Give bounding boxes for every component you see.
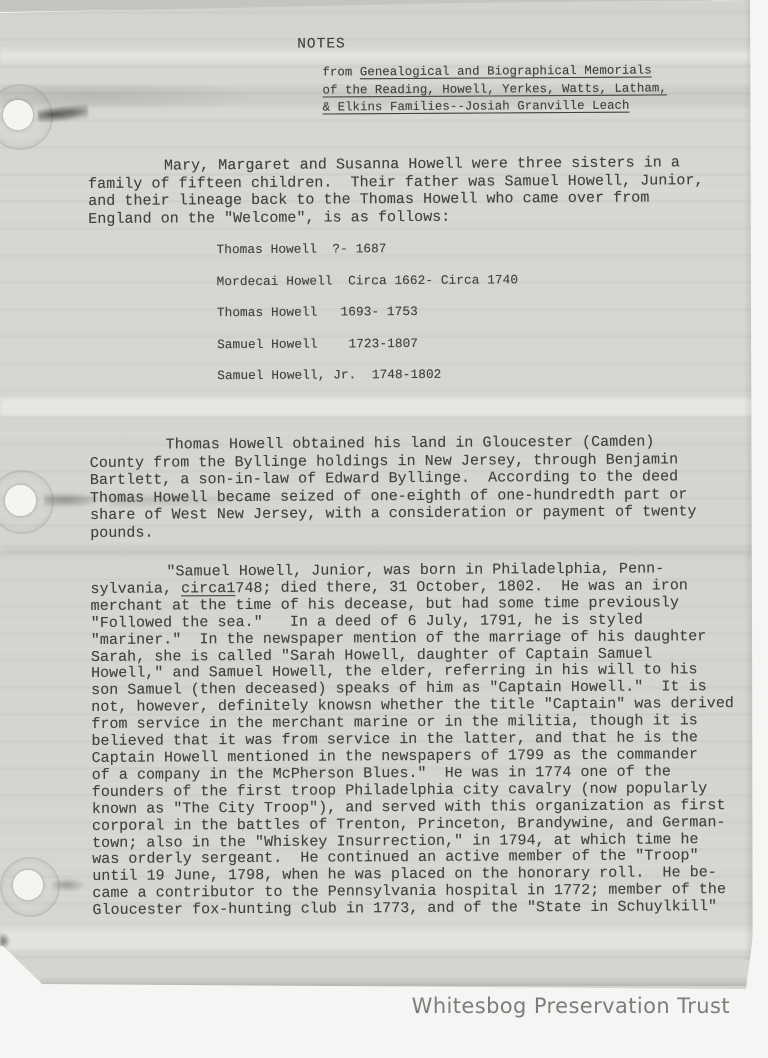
ink-smudge [44,492,104,508]
typewritten-line: share of West New Jersey, with a conside… [90,503,697,524]
ink-smudge [52,878,86,892]
typewritten-line: pounds. [90,521,697,542]
citation-prefix: from [322,65,360,79]
hole-punch [3,100,33,130]
typewritten-line: Thomas Howell 1693- 1753 [217,303,519,320]
typewritten-line: Thomas Howell ?- 1687 [216,240,518,257]
typewritten-line: Mordecai Howell Circa 1662- Circa 1740 [217,272,519,289]
biography-paragraph: "Samuel Howell, Junior, was born in Phil… [90,561,735,920]
scan-viewer: NOTES from Genealogical and Biographical… [0,0,768,1058]
source-citation: from Genealogical and Biographical Memor… [322,62,667,117]
citation-line: from Genealogical and Biographical Memor… [322,62,666,82]
biography-line-segment: sylvania, [90,580,181,598]
hole-punch [13,870,43,900]
biography-line-underlined-segment: circa1 [181,580,235,597]
citation-line: & Elkins Families--Josiah Granville Leac… [323,98,667,118]
lineage-list: Thomas Howell ?- 1687Mordecai Howell Cir… [216,240,518,399]
typewritten-line: England on the "Welcome", is as follows: [88,207,704,228]
hole-punch [5,485,36,516]
ink-smudge [0,933,10,949]
typewritten-line: Samuel Howell, Jr. 1748-1802 [217,366,519,383]
typewritten-line: Gloucester fox-hunting club in 1773, and… [92,899,735,920]
page-title: NOTES [297,36,346,52]
archive-watermark: Whitesbog Preservation Trust [412,994,730,1018]
intro-paragraph: Mary, Margaret and Susanna Howell were t… [88,154,704,228]
typewritten-line: Samuel Howell 1723-1807 [217,335,519,352]
page-bottom-edge-shadow [40,977,748,986]
land-paragraph: Thomas Howell obtained his land in Glouc… [90,433,697,542]
page-right-edge-shadow [744,0,752,960]
scanned-document-page: NOTES from Genealogical and Biographical… [0,0,768,1058]
citation-line: of the Reading, Howell, Yerkes, Watts, L… [322,80,666,100]
citation-title: Genealogical and Biographical Memorials [360,64,652,80]
biography-lines: merchant at the time of his decease, but… [91,595,736,920]
ink-smudge [110,496,250,505]
